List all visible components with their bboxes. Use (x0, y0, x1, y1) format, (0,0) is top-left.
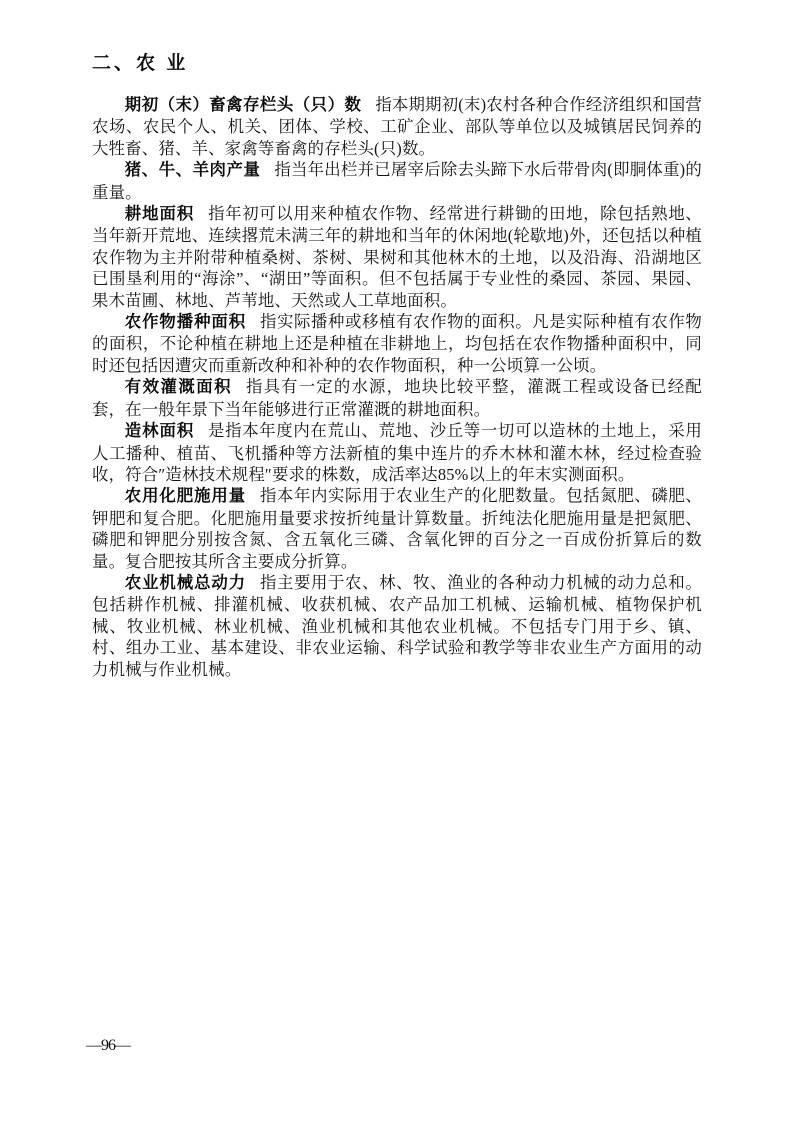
term-label: 猪、牛、羊肉产量 (125, 161, 261, 179)
term-label: 造林面积 (125, 422, 194, 440)
definition-paragraph: 期初（末）畜禽存栏头（只）数指本期期初(末)农村各种合作经济组织和国营农场、农民… (92, 94, 702, 159)
page-number: —96— (86, 1037, 130, 1054)
document-page: 二、农 业 期初（末）畜禽存栏头（只）数指本期期初(末)农村各种合作经济组织和国… (0, 0, 793, 1122)
definition-paragraph: 猪、牛、羊肉产量指当年出栏并已屠宰后除去头蹄下水后带骨肉(即胴体重)的重量。 (92, 159, 702, 203)
definition-paragraph: 有效灌溉面积指具有一定的水源，地块比较平整，灌溉工程或设备已经配套，在一般年景下… (92, 376, 702, 420)
definition-paragraph: 农用化肥施用量指本年内实际用于农业生产的化肥数量。包括氮肥、磷肥、钾肥和复合肥。… (92, 485, 702, 572)
definition-paragraph: 农业机械总动力指主要用于农、林、牧、渔业的各种动力机械的动力总和。包括耕作机械、… (92, 572, 702, 680)
term-label: 农业机械总动力 (125, 574, 246, 592)
term-label: 有效灌溉面积 (125, 378, 232, 396)
term-label: 农用化肥施用量 (125, 487, 246, 505)
definition-paragraph: 耕地面积指年初可以用来种植农作物、经常进行耕锄的田地，除包括熟地、当年新开荒地、… (92, 203, 702, 311)
definition-paragraph: 造林面积是指本年度内在荒山、荒地、沙丘等一切可以造林的土地上，采用人工播种、植苗… (92, 420, 702, 485)
term-label: 期初（末）畜禽存栏头（只）数 (125, 96, 362, 114)
page-footer: —96— (86, 1037, 130, 1055)
definitions-content: 期初（末）畜禽存栏头（只）数指本期期初(末)农村各种合作经济组织和国营农场、农民… (92, 94, 702, 680)
term-label: 农作物播种面积 (125, 313, 246, 331)
section-title: 二、农 业 (92, 48, 188, 75)
term-label: 耕地面积 (125, 205, 194, 223)
definition-paragraph: 农作物播种面积指实际播种或移植有农作物的面积。凡是实际种植有农作物的面积，不论种… (92, 311, 702, 376)
